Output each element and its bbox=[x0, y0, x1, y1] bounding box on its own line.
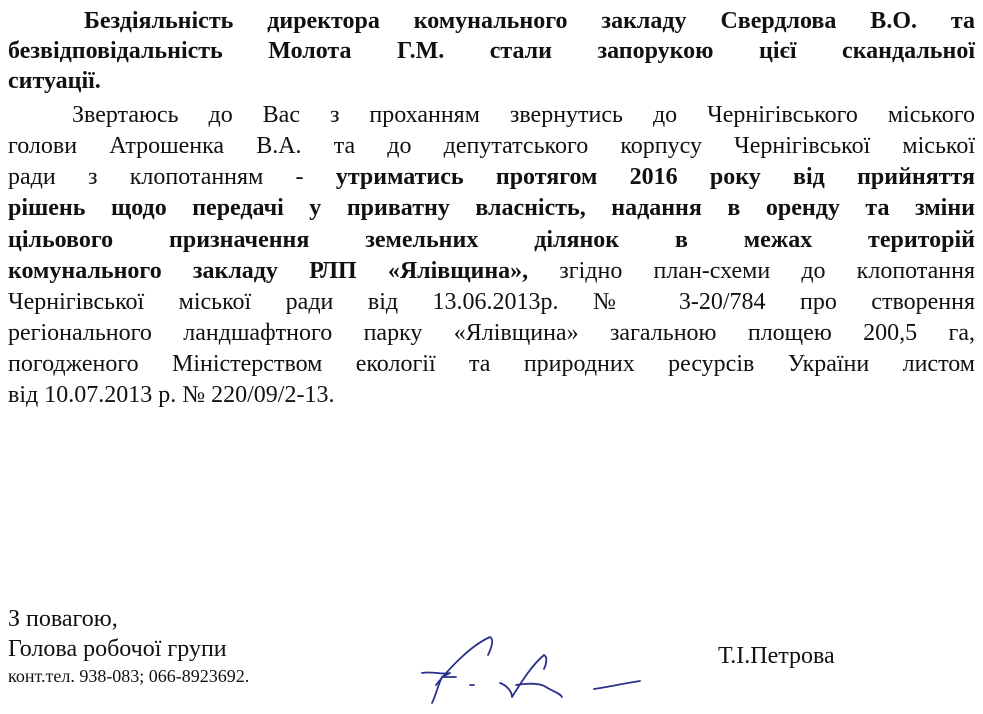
paragraph-2-line-4: рішень щодо передачі у приватну власніст… bbox=[8, 193, 975, 223]
paragraph-2-line-3: ради з клопотанням - утриматись протягом… bbox=[8, 162, 975, 192]
salutation: З повагою, bbox=[8, 604, 249, 634]
paragraph-2-line-9: погодженого Міністерством екології та пр… bbox=[8, 349, 975, 379]
text-segment: ради з клопотанням - bbox=[8, 164, 336, 190]
text-segment: безвідповідальність Молота Г.М. стали за… bbox=[8, 38, 975, 64]
text-segment: Звертаюсь до Вас з проханням звернутись … bbox=[72, 102, 975, 128]
text-segment: від 10.07.2013 р. № 220/09/2-13. bbox=[8, 382, 334, 408]
paragraph-2-line-10: від 10.07.2013 р. № 220/09/2-13. bbox=[8, 380, 975, 410]
paragraph-2-line-5: цільового призначення земельних ділянок … bbox=[8, 225, 975, 255]
text-segment: цільового призначення земельних ділянок … bbox=[8, 227, 975, 253]
text-segment: голови Атрошенка В.А. та до депутатськог… bbox=[8, 133, 975, 159]
contact-phones: конт.тел. 938-083; 066-8923692. bbox=[8, 664, 249, 688]
text-segment: регіонального ландшафтного парку «Ялівщи… bbox=[8, 320, 975, 346]
paragraph-2-line-8: регіонального ландшафтного парку «Ялівщи… bbox=[8, 318, 975, 348]
paragraph-2-line-1: Звертаюсь до Вас з проханням звернутись … bbox=[72, 100, 975, 130]
text-segment: Чернігівської міської ради від 13.06.201… bbox=[8, 289, 975, 315]
text-segment: погодженого Міністерством екології та пр… bbox=[8, 351, 975, 377]
closing-block: З повагою, Голова робочої групи конт.тел… bbox=[8, 604, 249, 688]
paragraph-2-line-6: комунального закладу РЛП «Ялівщина», згі… bbox=[8, 256, 975, 286]
paragraph-2-line-2: голови Атрошенка В.А. та до депутатськог… bbox=[8, 131, 975, 161]
bold-text-segment: комунального закладу РЛП «Ялівщина», bbox=[8, 258, 528, 284]
signer-name: Т.І.Петрова bbox=[718, 641, 835, 671]
paragraph-1-line-3: ситуації. bbox=[8, 66, 975, 96]
text-segment: Бездіяльність директора комунального зак… bbox=[84, 8, 975, 34]
bold-text-segment: утриматись протягом 2016 року від прийня… bbox=[336, 164, 975, 190]
text-segment: ситуації. bbox=[8, 68, 101, 94]
handwritten-signature bbox=[412, 625, 642, 705]
text-segment: згідно план-схеми до клопотання bbox=[528, 258, 975, 284]
paragraph-2-line-7: Чернігівської міської ради від 13.06.201… bbox=[8, 287, 975, 317]
paragraph-1-line-2: безвідповідальність Молота Г.М. стали за… bbox=[8, 36, 975, 66]
paragraph-1-line-1: Бездіяльність директора комунального зак… bbox=[84, 6, 975, 36]
scanned-letter-page: Бездіяльність директора комунального зак… bbox=[0, 0, 983, 714]
signer-position: Голова робочої групи bbox=[8, 634, 249, 664]
text-segment: рішень щодо передачі у приватну власніст… bbox=[8, 195, 975, 221]
